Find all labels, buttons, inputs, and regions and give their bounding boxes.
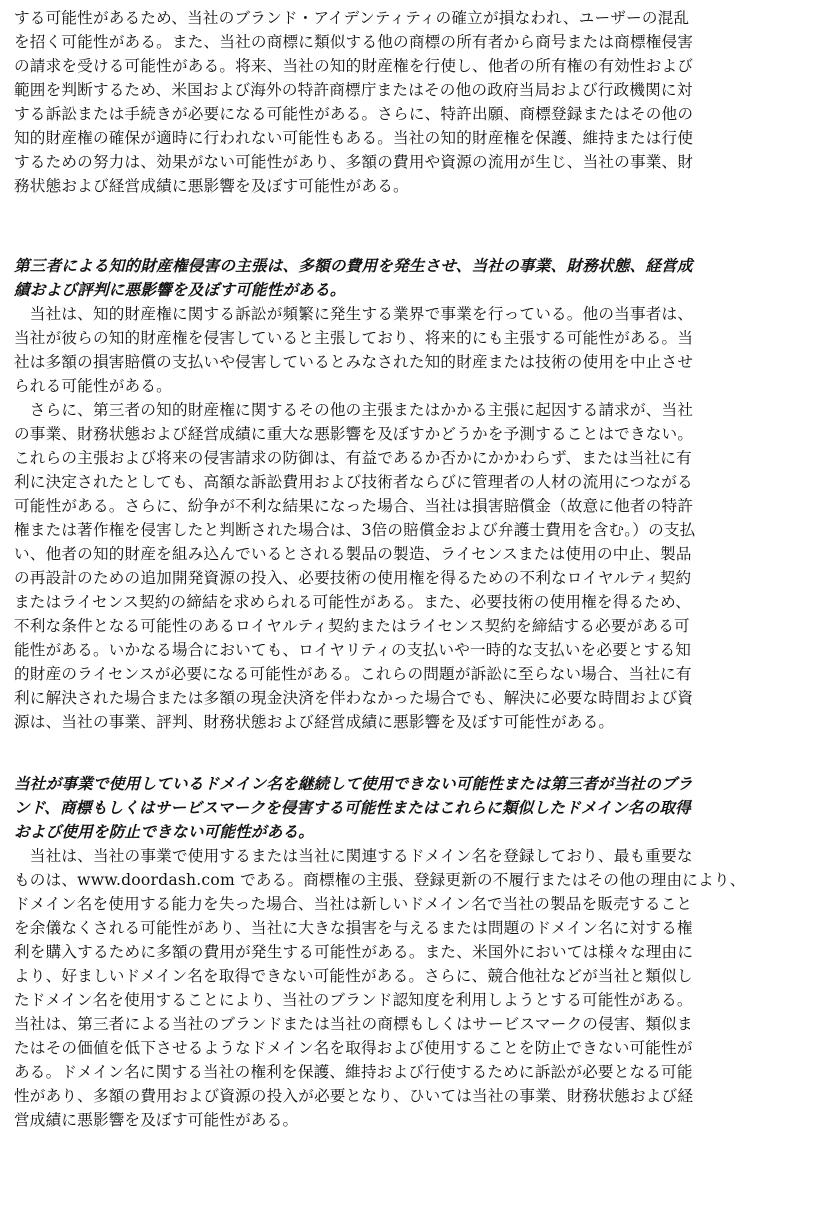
text-line: 的財産のライセンスが必要になる可能性がある。これらの問題が訴訟に至らない場合、当… bbox=[14, 662, 814, 686]
text-line: を招く可能性がある。また、当社の商標に類似する他の商標の所有者から商号または商標… bbox=[14, 30, 814, 54]
text-line: 務状態および経営成績に悪影響を及ぼす可能性がある。 bbox=[14, 174, 814, 198]
text-line: 範囲を判断するため、米国および海外の特許商標庁またはその他の政府当局および行政機… bbox=[14, 78, 814, 102]
text-line: 営成績に悪影響を及ぼす可能性がある。 bbox=[14, 1108, 814, 1132]
text-line: より、好ましいドメイン名を取得できない可能性がある。さらに、競合他社などが当社と… bbox=[14, 964, 814, 988]
body-paragraph: する可能性があるため、当社のブランド・アイデンティティの確立が損なわれ、ユーザー… bbox=[14, 6, 814, 198]
text-line: 当社は、当社の事業で使用するまたは当社に関連するドメイン名を登録しており、最も重… bbox=[14, 844, 814, 868]
body-paragraph: さらに、第三者の知的財産権に関するその他の主張またはかかる主張に起因する請求が、… bbox=[14, 398, 814, 734]
body-paragraph: 当社は、当社の事業で使用するまたは当社に関連するドメイン名を登録しており、最も重… bbox=[14, 844, 814, 1132]
text-line: を余儀なくされる可能性があり、当社に大きな損害を与えるまたは問題のドメイン名に対… bbox=[14, 916, 814, 940]
text-line: 当社が事業で使用しているドメイン名を継続して使用できない可能性または第三者が当社… bbox=[14, 772, 814, 796]
text-line: 利に解決された場合または多額の現金決済を伴わなかった場合でも、解決に必要な時間お… bbox=[14, 686, 814, 710]
text-line: 第三者による知的財産権侵害の主張は、多額の費用を発生させ、当社の事業、財務状態、… bbox=[14, 254, 814, 278]
text-line: 能性がある。いかなる場合においても、ロイヤリティの支払いや一時的な支払いを必要と… bbox=[14, 638, 814, 662]
text-line: これらの主張および将来の侵害請求の防御は、有益であるか否かにかかわらず、または当… bbox=[14, 446, 814, 470]
text-line: 当社は、知的財産権に関する訴訟が頻繁に発生する業界で事業を行っている。他の当事者… bbox=[14, 302, 814, 326]
text-line: 不利な条件となる可能性のあるロイヤルティ契約またはライセンス契約を締結する必要が… bbox=[14, 614, 814, 638]
text-line: 績および評判に悪影響を及ぼす可能性がある。 bbox=[14, 278, 814, 302]
text-line: 当社が彼らの知的財産権を侵害していると主張しており、将来的にも主張する可能性があ… bbox=[14, 326, 814, 350]
text-line: 性があり、多額の費用および資源の投入が必要となり、ひいては当社の事業、財務状態お… bbox=[14, 1084, 814, 1108]
text-line: 利を購入するために多額の費用が発生する可能性がある。また、米国外においては様々な… bbox=[14, 940, 814, 964]
text-line: ンド、商標もしくはサービスマークを侵害する可能性またはこれらに類似したドメイン名… bbox=[14, 796, 814, 820]
text-line: 源は、当社の事業、評判、財務状態および経営成績に悪影響を及ぼす可能性がある。 bbox=[14, 710, 814, 734]
section-heading: 第三者による知的財産権侵害の主張は、多額の費用を発生させ、当社の事業、財務状態、… bbox=[14, 254, 814, 302]
body-paragraph: 当社は、知的財産権に関する訴訟が頻繁に発生する業界で事業を行っている。他の当事者… bbox=[14, 302, 814, 398]
text-line: 社は多額の損害賠償の支払いや侵害しているとみなされた知的財産または技術の使用を中… bbox=[14, 350, 814, 374]
text-line: の再設計のための追加開発資源の投入、必要技術の使用権を得るための不利なロイヤルテ… bbox=[14, 566, 814, 590]
text-line: い、他者の知的財産を組み込んでいるとされる製品の製造、ライセンスまたは使用の中止… bbox=[14, 542, 814, 566]
text-line: および使用を防止できない可能性がある。 bbox=[14, 820, 814, 844]
text-line: たドメイン名を使用することにより、当社のブランド認知度を利用しようとする可能性が… bbox=[14, 988, 814, 1012]
text-line: 利に決定されたとしても、高額な訴訟費用および技術者ならびに管理者の人材の流用につ… bbox=[14, 470, 814, 494]
text-line: 権または著作権を侵害したと判断された場合は、3倍の賠償金および弁護士費用を含む。… bbox=[14, 518, 814, 542]
text-line: 可能性がある。さらに、紛争が不利な結果になった場合、当社は損害賠償金（故意に他者… bbox=[14, 494, 814, 518]
text-line: するための努力は、効果がない可能性があり、多額の費用や資源の流用が生じ、当社の事… bbox=[14, 150, 814, 174]
text-line: の事業、財務状態および経営成績に重大な悪影響を及ぼすかどうかを予測することはでき… bbox=[14, 422, 814, 446]
text-line: さらに、第三者の知的財産権に関するその他の主張またはかかる主張に起因する請求が、… bbox=[14, 398, 814, 422]
text-line: 知的財産権の確保が適時に行われない可能性もある。当社の知的財産権を保護、維持また… bbox=[14, 126, 814, 150]
text-line: ドメイン名を使用する能力を失った場合、当社は新しいドメイン名で当社の製品を販売す… bbox=[14, 892, 814, 916]
text-line: 当社は、第三者による当社のブランドまたは当社の商標もしくはサービスマークの侵害、… bbox=[14, 1012, 814, 1036]
section-heading: 当社が事業で使用しているドメイン名を継続して使用できない可能性または第三者が当社… bbox=[14, 772, 814, 844]
text-line: する訴訟または手続きが必要になる可能性がある。さらに、特許出願、商標登録またはそ… bbox=[14, 102, 814, 126]
text-line: ものは、www.doordash.com である。商標権の主張、登録更新の不履行… bbox=[14, 868, 814, 892]
text-line: ある。ドメイン名に関する当社の権利を保護、維持および行使するために訴訟が必要とな… bbox=[14, 1060, 814, 1084]
text-line: の請求を受ける可能性がある。将来、当社の知的財産権を行使し、他者の所有権の有効性… bbox=[14, 54, 814, 78]
text-line: またはライセンス契約の締結を求められる可能性がある。また、必要技術の使用権を得る… bbox=[14, 590, 814, 614]
text-line: する可能性があるため、当社のブランド・アイデンティティの確立が損なわれ、ユーザー… bbox=[14, 6, 814, 30]
text-line: たはその価値を低下させるようなドメイン名を取得および使用することを防止できない可… bbox=[14, 1036, 814, 1060]
text-line: られる可能性がある。 bbox=[14, 374, 814, 398]
